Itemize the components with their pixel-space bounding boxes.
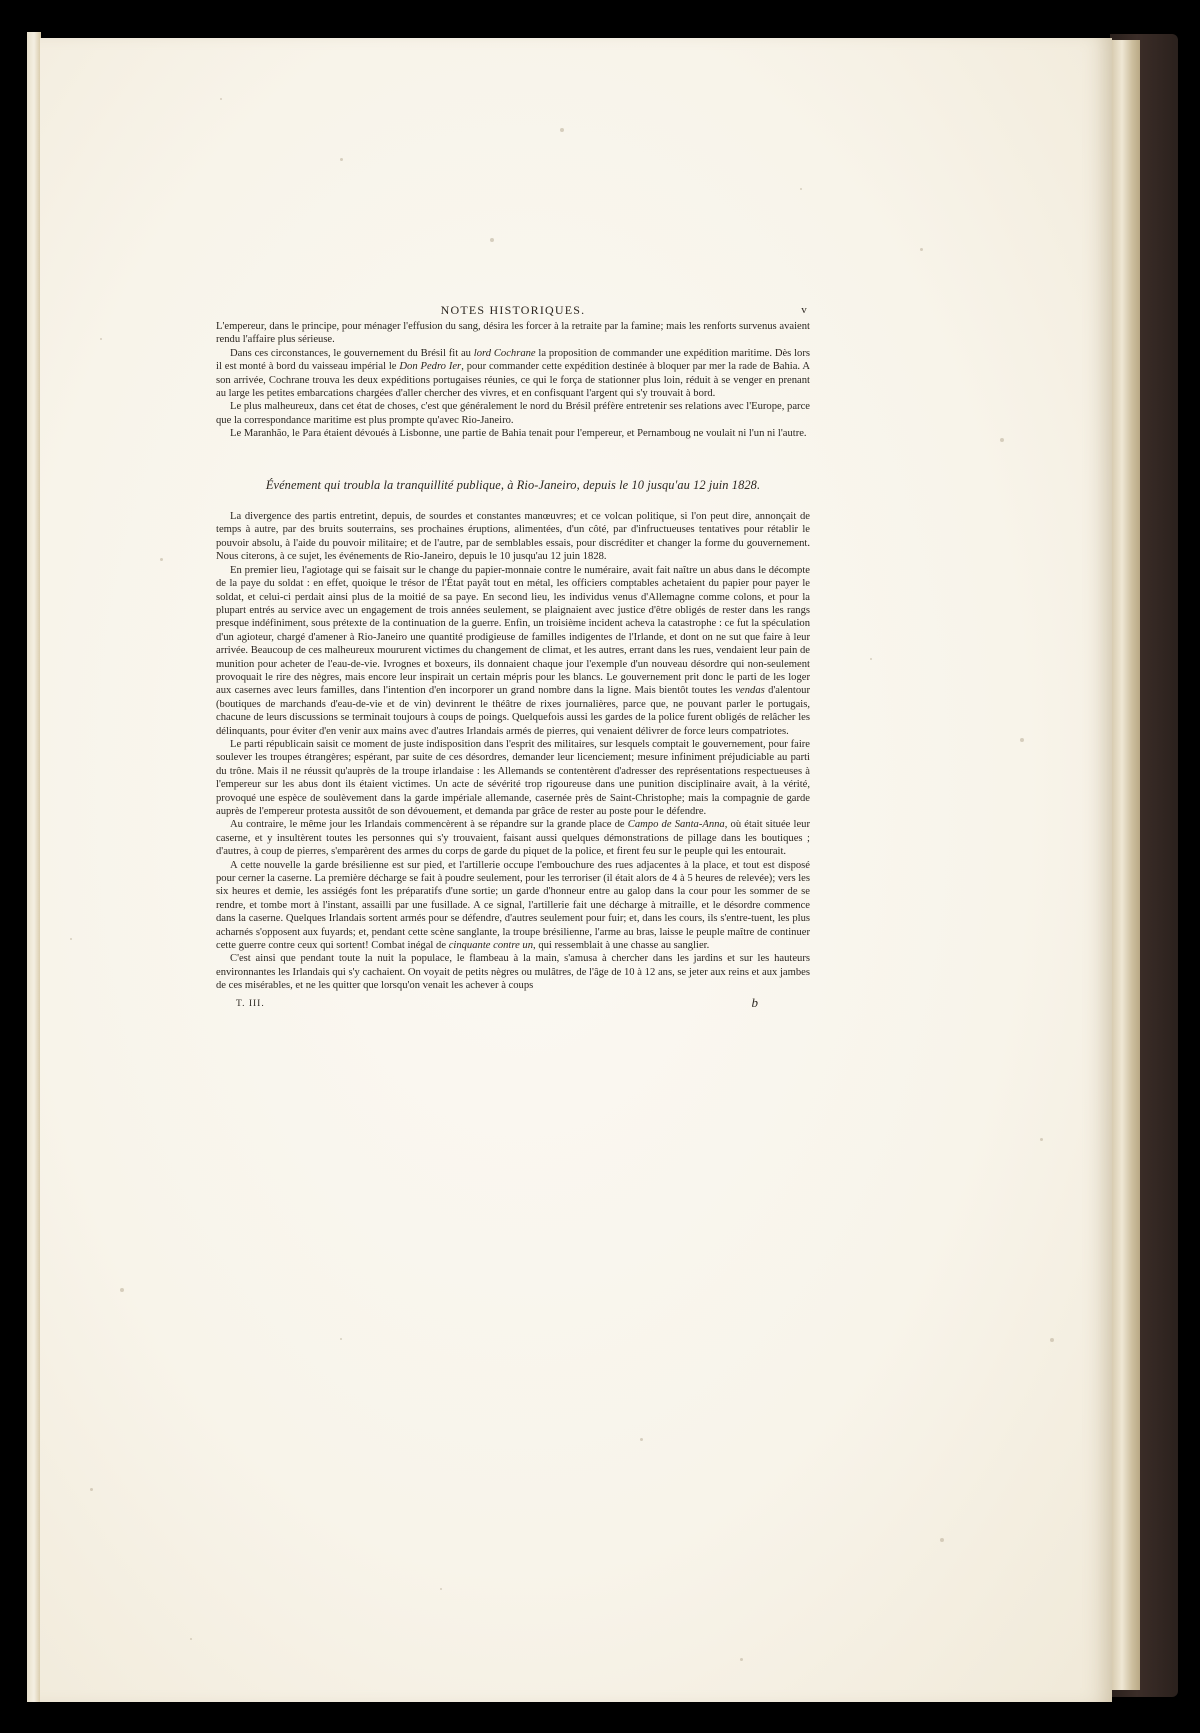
text-run: Le parti républicain saisit ce moment de… [216,739,810,817]
paragraph: Le parti républicain saisit ce moment de… [216,738,810,818]
text-run: Dans ces circonstances, le gouvernement … [230,348,474,359]
foxing-speck [70,938,72,940]
binding-edge [27,32,41,1702]
foxing-speck [90,1488,93,1491]
italic-text: cinquante contre un [449,940,533,951]
foxing-speck [190,1638,192,1640]
paragraph: Au contraire, le même jour les Irlandais… [216,818,810,858]
paragraph: L'empereur, dans le principe, pour ménag… [216,320,810,347]
italic-text: Don Pedro Ier [399,361,461,372]
paragraph: La divergence des partis entretint, depu… [216,510,810,564]
foxing-speck [220,98,222,100]
text-block: NOTES HISTORIQUES. v L'empereur, dans le… [216,300,810,1012]
foxing-speck [1040,1138,1043,1141]
foxing-speck [640,1438,643,1441]
page-footer: T. III. b [216,996,810,1012]
italic-text: vendas [735,685,764,696]
paragraph: Le plus malheureux, dans cet état de cho… [216,400,810,427]
foxing-speck [940,1538,944,1542]
italic-text: lord Cochrane [474,348,536,359]
running-head: NOTES HISTORIQUES. v [216,300,810,320]
text-run: En premier lieu, l'agiotage qui se faisa… [216,565,810,697]
text-run: Le Maranhão, le Para étaient dévoués à L… [230,428,807,439]
text-run: L'empereur, dans le principe, pour ménag… [216,321,810,345]
section-title: Événement qui troubla la tranquillité pu… [216,479,810,492]
foxing-speck [490,238,494,242]
page-number: v [801,304,808,317]
foxing-speck [740,1658,743,1661]
volume-mark: T. III. [236,998,265,1011]
foxing-speck [1000,438,1004,442]
book-page: NOTES HISTORIQUES. v L'empereur, dans le… [40,38,1112,1702]
paragraph: A cette nouvelle la garde brésilienne es… [216,859,810,953]
signature-mark: b [752,996,759,1009]
foxing-speck [100,338,102,340]
text-run: Au contraire, le même jour les Irlandais… [230,819,628,830]
foxing-speck [340,158,343,161]
foxing-speck [1050,1338,1054,1342]
foxing-speck [870,658,872,660]
foxing-speck [120,1288,124,1292]
paragraph: Le Maranhão, le Para étaient dévoués à L… [216,427,810,440]
foxing-speck [1020,738,1024,742]
body-text-after: La divergence des partis entretint, depu… [216,510,810,993]
foxing-speck [160,558,163,561]
text-run: , qui ressemblait à une chasse au sangli… [533,940,709,951]
foxing-speck [800,188,802,190]
running-head-title: NOTES HISTORIQUES. [216,304,810,317]
text-run: A cette nouvelle la garde brésilienne es… [216,860,810,951]
body-text-before: L'empereur, dans le principe, pour ménag… [216,320,810,441]
foxing-speck [440,1588,442,1590]
text-run: Le plus malheureux, dans cet état de cho… [216,401,810,425]
foxing-speck [340,1338,342,1340]
paragraph: Dans ces circonstances, le gouvernement … [216,347,810,401]
italic-text: Campo de Santa-Anna [628,819,725,830]
paragraph: C'est ainsi que pendant toute la nuit la… [216,952,810,992]
paragraph: En premier lieu, l'agiotage qui se faisa… [216,564,810,738]
text-run: C'est ainsi que pendant toute la nuit la… [216,953,810,991]
foxing-speck [560,128,564,132]
text-run: La divergence des partis entretint, depu… [216,511,810,562]
foxing-speck [920,248,923,251]
